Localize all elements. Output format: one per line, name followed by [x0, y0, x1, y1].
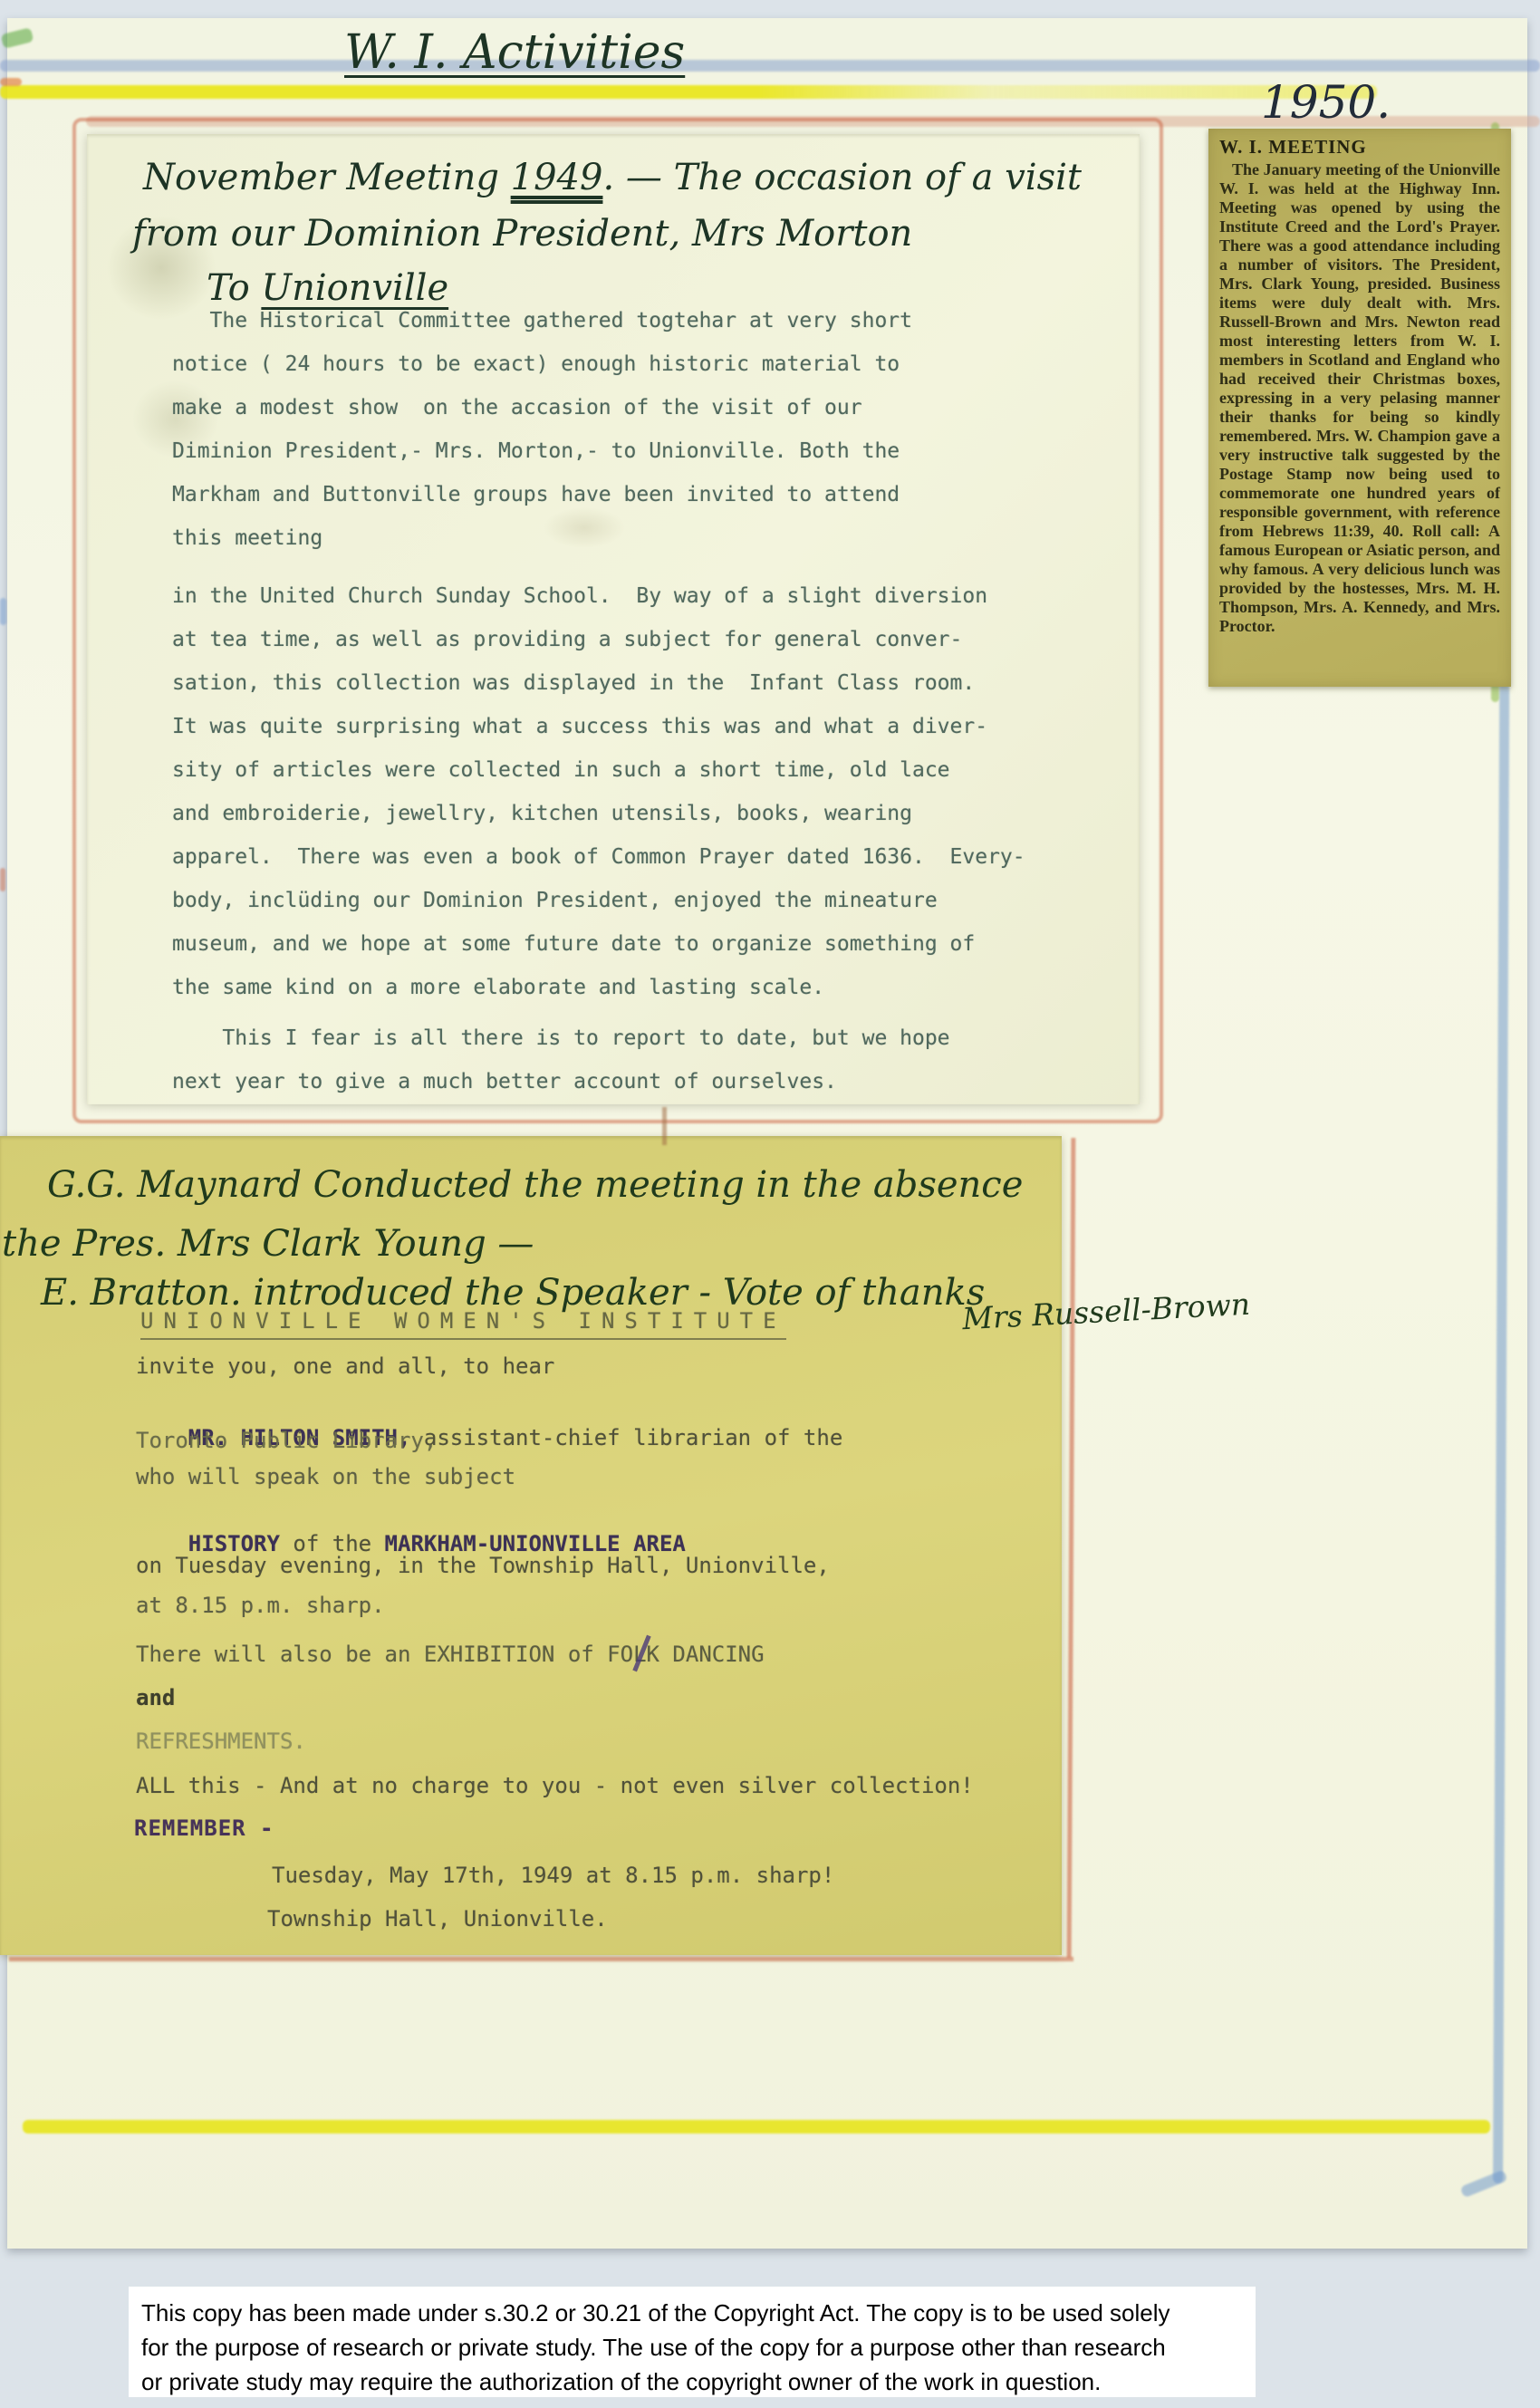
report-paragraph-3: This I fear is all there is to report to… [172, 1016, 950, 1103]
invitation-and-line: and [136, 1685, 175, 1710]
page-title-handwritten: W. I. Activities [344, 25, 685, 80]
year-label-handwritten: 1950. [1261, 76, 1391, 129]
invitation-place-line: Township Hall, Unionville. [267, 1906, 608, 1931]
report-heading-line1-pre: November Meeting [143, 157, 511, 198]
report-paragraph-2: in the United Church Sunday School. By w… [172, 574, 1025, 1009]
report-heading-line2: from our Dominion President, Mrs Morton [132, 207, 912, 261]
crayon-mark-blue-left [0, 598, 6, 625]
minutes-note-line1: G.G. Maynard Conducted the meeting in th… [47, 1164, 1023, 1206]
invitation-org-name: UNIONVILLE WOMEN'S INSTITUTE [140, 1308, 786, 1340]
crayon-mark-orange-left2 [0, 868, 5, 891]
crayon-line-yellow-top [0, 85, 1377, 99]
newspaper-clipping: W. I. MEETING The January meeting of the… [1208, 129, 1511, 687]
invitation-invite-line: invite you, one and all, to hear [136, 1353, 554, 1379]
invitation-remember-line: REMEMBER - [134, 1816, 274, 1841]
clipping-body: The January meeting of the Unionville W.… [1219, 160, 1500, 636]
clipping-title: W. I. MEETING [1219, 136, 1500, 159]
report-heading-line1-post: . — The occasion of a visit [602, 157, 1082, 198]
copyright-notice-box: This copy has been made under s.30.2 or … [129, 2287, 1256, 2397]
crayon-line-yellow-bottom [23, 2120, 1490, 2133]
crayon-mark-orange-left [0, 78, 22, 86]
crayon-red-tick-top-bottom-document [662, 1107, 667, 1145]
invitation-date-line: Tuesday, May 17th, 1949 at 8.15 p.m. sha… [272, 1863, 834, 1888]
report-heading-year: 1949 [511, 157, 603, 198]
invitation-time-line: at 8.15 p.m. sharp. [136, 1593, 385, 1618]
scrapbook-scan: W. I. Activities 1950. November Meeting … [0, 0, 1540, 2408]
copyright-notice-text: This copy has been made under s.30.2 or … [141, 2296, 1243, 2399]
invitation-speaker-rest: assistant-chief librarian of the [410, 1425, 842, 1450]
invitation-all-this-line: ALL this - And at no charge to you - not… [136, 1773, 974, 1798]
minutes-note-line2: the Pres. Mrs Clark Young — [2, 1223, 534, 1265]
invitation-speaker-line2: Toronto Public Library, [136, 1428, 437, 1453]
crayon-line-blue-top [0, 60, 1540, 72]
report-heading-line1: November Meeting 1949. — The occasion of… [143, 150, 1082, 205]
crayon-red-line-bottom-bottom-document [9, 1957, 1073, 1961]
invitation-venue-line: on Tuesday evening, in the Township Hall… [136, 1553, 830, 1578]
invitation-subject-intro: who will speak on the subject [136, 1464, 515, 1489]
invitation-exhibition-line: There will also be an EXHIBITION of FOLK… [136, 1642, 765, 1667]
report-paragraph-1: The Historical Committee gathered togteh… [172, 299, 912, 560]
invitation-refreshments-line: REFRESHMENTS. [136, 1729, 306, 1754]
